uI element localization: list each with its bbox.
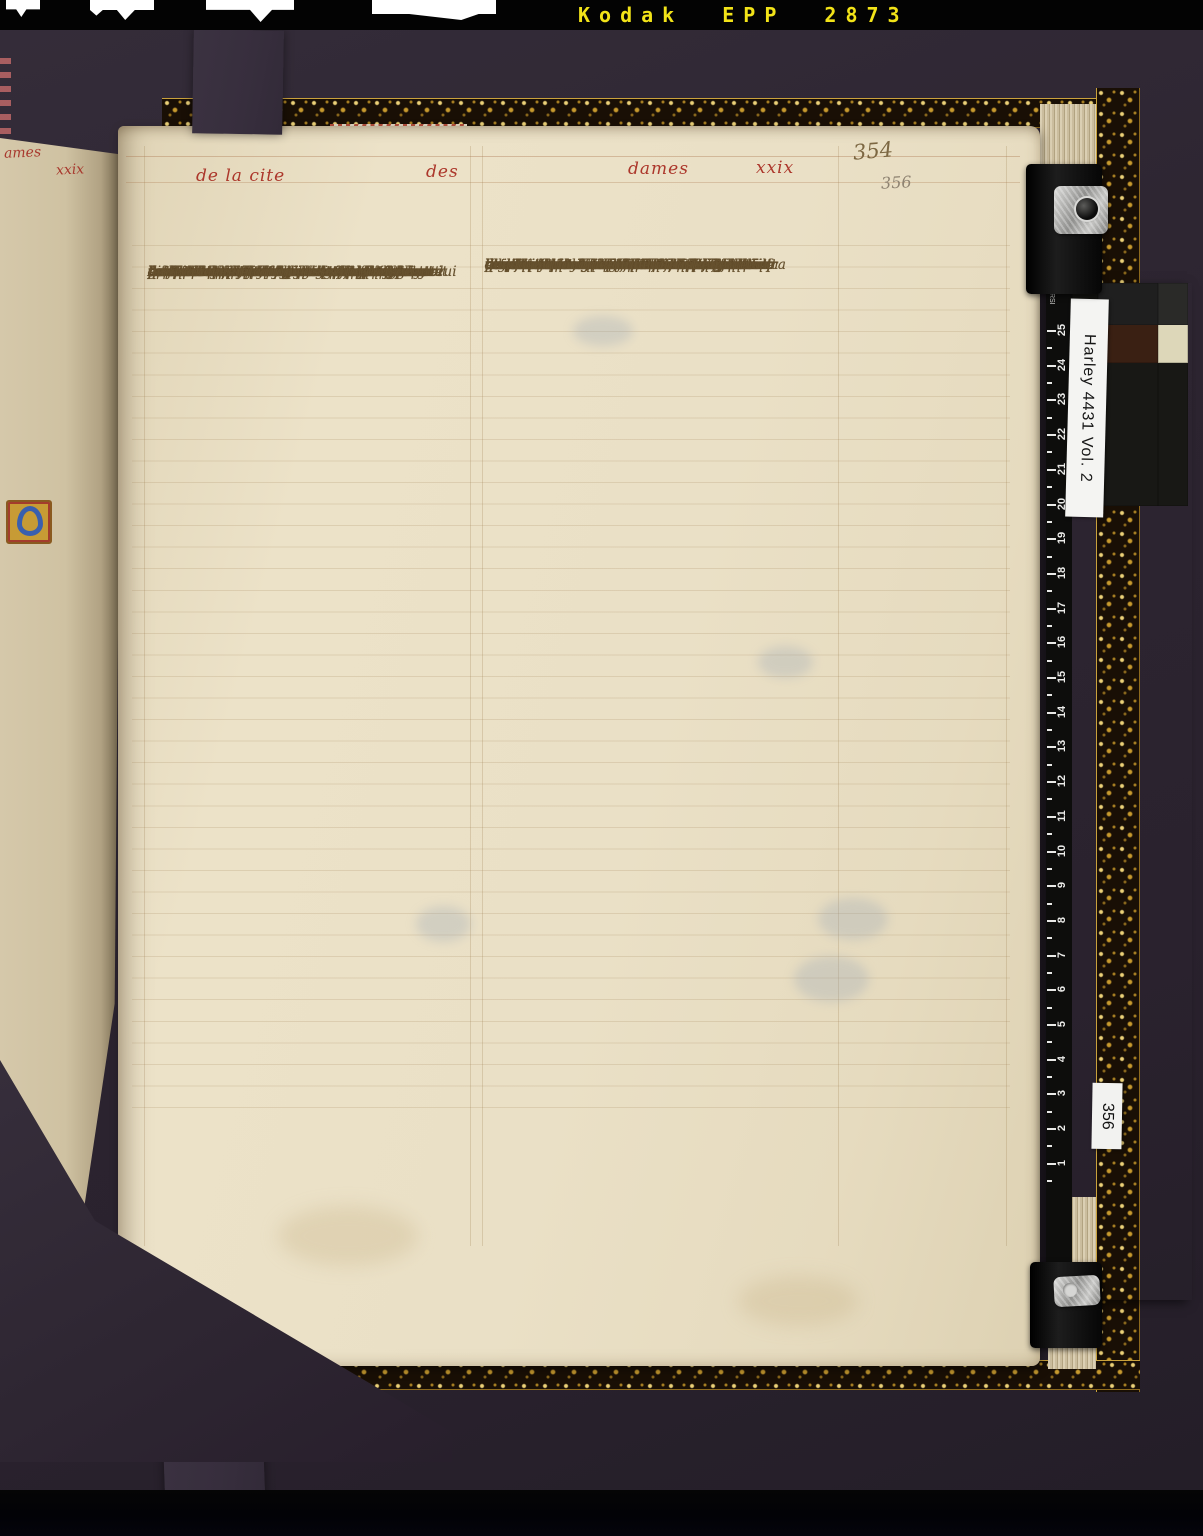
manuscript-page: de la citedesdamesxxix 354 356 Lenterere… [118, 126, 1040, 1366]
ruler-minor-tick [1047, 694, 1052, 696]
ruler-number: 12 [1053, 772, 1071, 790]
ruler-minor-tick [1047, 382, 1052, 384]
ruler-number: 13 [1053, 737, 1071, 755]
ruler-minor-tick [1047, 798, 1052, 800]
ruler-number: 4 [1053, 1050, 1071, 1068]
color-calibration-target: © RSI 2524232221201918171615141312111098… [1046, 283, 1192, 1300]
felt-strap-top [192, 29, 284, 135]
photo-frame: amesxxixne rebaudist il pas mourifille b… [0, 0, 1203, 1536]
ruler-number: 2 [1053, 1119, 1071, 1137]
shelfmark-label: Harley 4431 Vol. 2 [1065, 299, 1109, 518]
column-rule [838, 146, 839, 1246]
ruler-number: 17 [1053, 599, 1071, 617]
folio-number-pencil: 356 [881, 173, 912, 193]
gilt-top-edge [162, 98, 1140, 128]
facing-page-text-fragment: xxix [56, 162, 85, 177]
ruler-minor-tick [1047, 868, 1052, 870]
show-through-smudge [818, 898, 888, 940]
clip-screw [1063, 1283, 1077, 1297]
ruler-minor-tick [1047, 764, 1052, 766]
column-rule [144, 146, 145, 1246]
ruler-number: 9 [1053, 876, 1071, 894]
facing-page-text-fragment: ames [4, 145, 42, 161]
ruler-minor-tick [1047, 590, 1052, 592]
ruler-minor-tick [1047, 972, 1052, 974]
ruler-minor-tick [1047, 729, 1052, 731]
running-title-segment: dames [628, 159, 689, 179]
ruling-lines [132, 245, 1010, 1121]
folio-number-ink: 354 [852, 138, 894, 163]
ruler-minor-tick [1047, 1076, 1052, 1078]
ruler-minor-tick [1047, 937, 1052, 939]
show-through-smudge [794, 956, 869, 1002]
ruler-minor-tick [1047, 660, 1052, 662]
ruler-number: 16 [1053, 633, 1071, 651]
margin-rule [1006, 146, 1007, 1246]
ruler-minor-tick [1047, 1007, 1052, 1009]
ruler-number: 5 [1053, 1015, 1071, 1033]
column-rule [470, 146, 471, 1246]
ruler-number: 7 [1053, 946, 1071, 964]
ruler-minor-tick [1047, 556, 1052, 558]
ruler-minor-tick [1047, 1041, 1052, 1043]
manuscript-text-line: maladie quoy que on lui offrist elle [485, 255, 727, 277]
running-title-segment: des [426, 162, 459, 182]
manuscript-text-line: ent tranchee et quant assez lot baisee [148, 262, 412, 284]
parchment-stain [278, 1206, 418, 1266]
ruler-number: 15 [1053, 668, 1071, 686]
ruler-number: 11 [1053, 807, 1071, 825]
running-title-segment: de la cite [196, 166, 285, 186]
ruler-number: 18 [1053, 564, 1071, 582]
ruler-minor-tick [1047, 903, 1052, 905]
parchment-stain [738, 1276, 858, 1326]
folio-tag-label: 356 [1091, 1083, 1122, 1150]
pastel-patch-black-3 [1158, 283, 1188, 325]
ruler-minor-tick [1047, 417, 1052, 419]
column-rule [482, 146, 483, 1246]
show-through-smudge [758, 646, 813, 678]
ruler-minor-tick [1047, 521, 1052, 523]
ruler-number: 25 [1053, 321, 1071, 339]
film-border-bottom [0, 1490, 1203, 1536]
ruler-number: 3 [1053, 1084, 1071, 1102]
show-through-smudge [416, 906, 471, 942]
ruler-number: 8 [1053, 911, 1071, 929]
running-title-segment: xxix [756, 158, 794, 178]
ruler-minor-tick [1047, 486, 1052, 488]
ruler-number: 14 [1053, 703, 1071, 721]
ruler-minor-tick [1047, 1145, 1052, 1147]
ruler-minor-tick [1047, 451, 1052, 453]
ruler-minor-tick [1047, 1180, 1052, 1182]
film-border-top: Kodak EPP 2873 [0, 0, 1203, 30]
ruler-number: 10 [1053, 842, 1071, 860]
ruler-minor-tick [1047, 625, 1052, 627]
ruler-number: 6 [1053, 980, 1071, 998]
ruler-number: 19 [1053, 529, 1071, 547]
show-through-smudge [573, 316, 633, 346]
ruler-minor-tick [1047, 1111, 1052, 1113]
ruler-minor-tick [1047, 833, 1052, 835]
ruler-minor-tick [1047, 347, 1052, 349]
ruler-number: 1 [1053, 1154, 1071, 1172]
illuminated-initial [6, 500, 52, 544]
clip-screw [1076, 198, 1098, 220]
color-patches-pastel [1158, 283, 1188, 1197]
color-patches-main [1098, 283, 1158, 1197]
film-stock-label: Kodak EPP 2873 [578, 2, 1138, 28]
page-clip-bottom-metal-tab [1053, 1275, 1101, 1307]
